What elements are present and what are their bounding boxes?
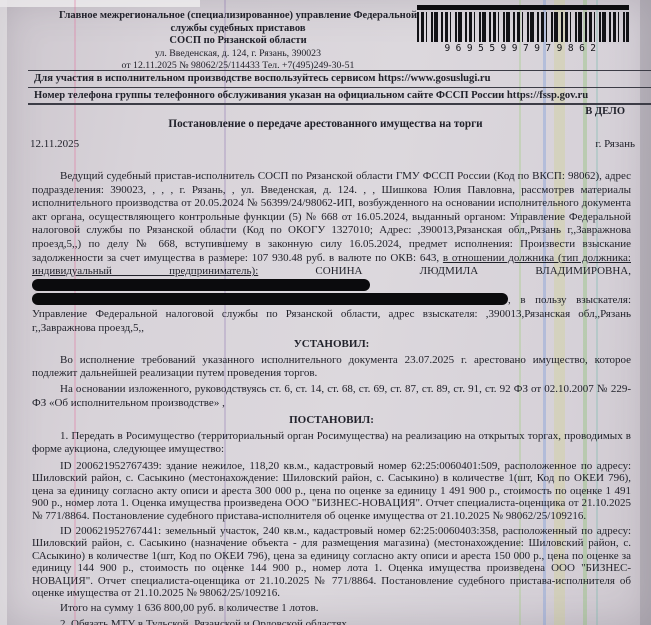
gosuslugi-notice: Для участия в исполнительном производств… <box>34 73 641 84</box>
date-city-row: г. Рязань 12.11.2025 <box>30 138 635 150</box>
divider-line-3 <box>28 103 651 105</box>
letterhead: Главное межрегиональное (специализирован… <box>42 10 434 73</box>
city-label: г. Рязань <box>595 138 635 150</box>
org-address: ул. Введенская, д. 124, г. Рязань, 39002… <box>42 48 434 61</box>
paragraph-2-cutoff: 2. Обязать МТУ в Тульской, Рязанской и О… <box>32 618 631 625</box>
redaction-bar-2 <box>32 293 508 305</box>
heading-postanovil: ПОСТАНОВИЛ: <box>32 414 631 428</box>
divider-line-1 <box>28 70 651 71</box>
barcode-digits: 96955997979862 <box>417 43 629 54</box>
barcode: 96955997979862 <box>417 5 629 54</box>
org-name-line-3: СОСП по Рязанской области <box>42 35 434 48</box>
paragraph-seizure: Во исполнение требований указанного испо… <box>32 354 631 381</box>
heading-ustanovil: УСТАНОВИЛ: <box>32 338 631 352</box>
document-date: 12.11.2025 <box>30 138 79 150</box>
intro-text: Ведущий судебный пристав-исполнитель СОС… <box>32 170 631 264</box>
paragraph-legal-basis: На основании изложенного, руководствуясь… <box>32 383 631 410</box>
paragraph-intro: Ведущий судебный пристав-исполнитель СОС… <box>32 170 631 335</box>
document-title: Постановление о передаче арестованного и… <box>0 118 651 130</box>
scan-streak-right-edge <box>640 0 651 625</box>
org-name-line-1: Главное межрегиональное (специализирован… <box>42 10 434 23</box>
lot-2-description: ID 200621952767441: земельный участок, 2… <box>32 525 631 599</box>
total-amount-line: Итого на сумму 1 636 800,00 руб. в колич… <box>32 602 631 616</box>
paragraph-transfer-order: 1. Передать в Росимущество (территориаль… <box>32 430 631 457</box>
redaction-bar-1 <box>32 279 370 291</box>
document-body: Ведущий судебный пристав-исполнитель СОС… <box>32 170 631 625</box>
lot-1-description: ID 200621952767439: здание нежилое, 118,… <box>32 460 631 522</box>
debtor-name: СОНИНА ЛЮДМИЛА ВЛАДИМИРОВНА, <box>258 265 631 277</box>
org-name-line-2: службы судебных приставов <box>42 23 434 36</box>
in-case-stamp: В ДЕЛО <box>585 106 625 117</box>
divider-line-2 <box>28 87 651 88</box>
scan-edge-left <box>0 0 7 625</box>
barcode-stripes-icon <box>417 12 629 42</box>
barcode-top-bar <box>417 5 629 10</box>
scan-edge-top <box>0 0 200 7</box>
fssp-phone-notice: Номер телефона группы телефонного обслуж… <box>34 90 641 101</box>
scanned-document-page: Главное межрегиональное (специализирован… <box>0 0 651 625</box>
